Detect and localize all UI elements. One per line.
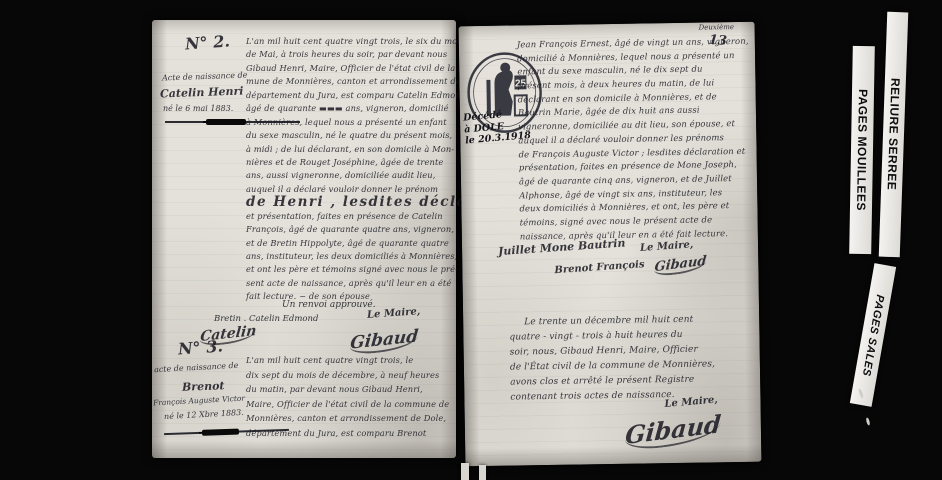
signature-brenot: Brenot François xyxy=(554,259,645,276)
label-pages-mouillees: PAGES MOUILLEES xyxy=(849,46,875,254)
manuscript-line: Maire, Officier de l'état civil de la co… xyxy=(246,397,452,412)
manuscript-line: et de Bretin Hippolyte, âgé de quarante … xyxy=(246,237,452,250)
act2-number: N° 2. xyxy=(184,31,230,53)
act3-margin-name: Brenot xyxy=(182,379,225,393)
renvoi-note: Un renvoi approuvé. xyxy=(282,300,376,310)
manuscript-line: âgé de quarante ▬▬▬ ans, vigneron, domic… xyxy=(246,102,452,115)
manuscript-line: sent acte de naissance, après qu'il leur… xyxy=(246,277,452,290)
page-tab xyxy=(479,465,486,480)
manuscript-line: à midi ; de lui déclarant, en son domici… xyxy=(246,143,452,156)
manuscript-line: Gibaud Henri, Maire, Officier de l'état … xyxy=(246,62,452,75)
closing-statement: Le trente un décembre mil huit centquatr… xyxy=(509,312,740,406)
act2-margin-name: Catelin Henri xyxy=(160,85,244,101)
act3-margin-line1: acte de naissance de xyxy=(154,361,239,374)
manuscript-line: et présentation, faites en présence de C… xyxy=(246,210,452,223)
manuscript-line: Monnières, canton et arrondissement de D… xyxy=(246,411,452,426)
act3-margin-name2: François Auguste Victor xyxy=(153,394,245,408)
act3-number: N° 3. xyxy=(177,336,223,358)
act2-maire-label: Le Maire, xyxy=(367,306,421,321)
act3-body-text-left: L'an mil huit cent quatre vingt trois, l… xyxy=(246,353,452,440)
act3-margin-date: né le 12 Xbre 1883. xyxy=(164,408,244,421)
page-tab xyxy=(461,463,469,480)
corner-annotation: Deuxième xyxy=(699,23,734,32)
act2-body-text: L'an mil huit cent quatre vingt trois, l… xyxy=(246,35,452,304)
signature-gibaud-left: Gibaud xyxy=(349,326,419,355)
manuscript-line: L'an mil huit cent quatre vingt trois, l… xyxy=(246,353,452,368)
manuscript-line: département du Jura, est comparu Brenot xyxy=(246,426,452,441)
act2-margin-line1: Acte de naissance de xyxy=(162,71,248,83)
manuscript-line: François, âgé de quarante quatre ans, vi… xyxy=(246,223,452,236)
act2-witness-signatures: Bretin . Catelin Edmond xyxy=(214,314,318,324)
closing-signature-gibaud: Gibaud xyxy=(624,409,722,452)
stray-mark xyxy=(866,417,871,426)
manuscript-line: ans, aussi vigneronne, domiciliée audit … xyxy=(246,169,452,182)
act3-body-text-right: Jean François Ernest, âgé de vingt un an… xyxy=(517,36,754,245)
manuscript-line: de Mai, à trois heures du soir, par deva… xyxy=(246,48,452,61)
manuscript-line: et ont les père et témoins signé avec no… xyxy=(246,263,452,276)
manuscript-line: dix sept du mois de décembre, à neuf heu… xyxy=(246,368,452,383)
act3-maire-label: Le Maire, xyxy=(640,239,694,254)
manuscript-line: nières et de Rouget Joséphine, âgée de t… xyxy=(246,156,452,169)
manuscript-line: du matin, par devant nous Gibaud Henri, xyxy=(246,382,452,397)
manuscript-line: de Henri , lesdites déclaration xyxy=(246,196,452,209)
label-pages-sales: PAGES SALES xyxy=(850,263,896,407)
label-reliure-serree: RELIURE SERREE xyxy=(879,12,909,258)
manuscript-line: à Monnières, lequel nous a présenté un e… xyxy=(246,116,452,129)
manuscript-line: département du Jura, est comparu Catelin… xyxy=(246,89,452,102)
right-page-scan: Deuxième 13 25 Décédé à DOLE le 20.3.191… xyxy=(459,22,762,467)
manuscript-line: du sexe masculin, né le quatre du présen… xyxy=(246,129,452,142)
signature-gibaud-small: Gibaud xyxy=(654,254,707,278)
manuscript-line: mune de Monnières, canton et arrondissem… xyxy=(246,75,452,88)
act2-margin-date: né le 6 mai 1883. xyxy=(163,104,233,113)
manuscript-line: ans, instituteur, les deux domiciliés à … xyxy=(246,250,452,263)
manuscript-line: L'an mil huit cent quatre vingt trois, l… xyxy=(246,35,452,48)
left-page-scan: N° 2. Acte de naissance de Catelin Henri… xyxy=(152,20,456,458)
archive-scan-viewer: { "colors":{"background":"#070707","pape… xyxy=(0,0,942,480)
